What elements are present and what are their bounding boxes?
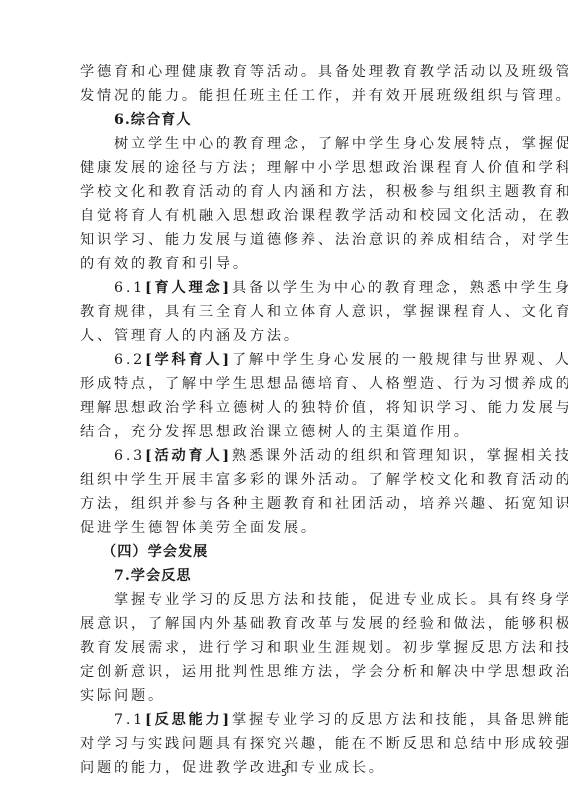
item-6-2-first-line: 6.2[学科育人]了解中学生身心发展的一般规律与世界观、人生观和价值观 xyxy=(114,348,568,372)
paragraph-line: 学校文化和教育活动的育人内涵和方法，积极参与组织主题教育和社团活动， xyxy=(80,180,568,204)
paragraph-line: 理解思想政治学科立德树人的独特价值，将知识学习、能力发展与品德养成相 xyxy=(80,396,568,420)
item-number: 6.1 xyxy=(114,280,145,296)
item-tag: [育人理念] xyxy=(145,280,232,296)
paragraph-line: 促进学生德智体美劳全面发展。 xyxy=(80,516,318,540)
item-6-3-first-line: 6.3[活动育人]熟悉课外活动的组织和管理知识，掌握相关技能与方法，能 xyxy=(114,444,568,468)
paragraph-line: 展意识，了解国内外基础教育改革与发展的经验和做法，能够积极适应时代和 xyxy=(80,612,568,636)
item-text: 具备以学生为中心的教育理念，熟悉中学生身心发展及养成 xyxy=(232,280,568,296)
item-text: 熟悉课外活动的组织和管理知识，掌握相关技能与方法，能 xyxy=(232,448,568,464)
section-heading-6: 6.综合育人 xyxy=(114,108,192,132)
item-6-1-first-line: 6.1[育人理念]具备以学生为中心的教育理念，熟悉中学生身心发展及养成 xyxy=(114,276,568,300)
item-7-1-first-line: 7.1[反思能力]掌握专业学习的反思方法和技能，具备思辨能力和创新意识， xyxy=(114,708,568,732)
paragraph-line: 教育规律，具有三全育人和立体育人意识，掌握课程育人、文化育人、劳动育 xyxy=(80,300,568,324)
paragraph-line: 形成特点，了解中学生思想品德培育、人格塑造、行为习惯养成的过程与方法。 xyxy=(80,372,568,396)
item-text: 掌握专业学习的反思方法和技能，具备思辨能力和创新意识， xyxy=(232,712,568,728)
item-number: 7.1 xyxy=(114,712,145,728)
paragraph-line: 自觉将育人有机融入思想政治课程教学活动和校园文化活动，在教育实践中将 xyxy=(80,204,568,228)
section-heading-7: 7.学会反思 xyxy=(114,564,192,588)
paragraph-line: 人、管理育人的内涵及方法。 xyxy=(80,324,301,348)
item-number: 6.2 xyxy=(114,352,145,368)
section-heading-4: （四）学会发展 xyxy=(102,540,208,564)
paragraph-line: 方法，组织并参与各种主题教育和社团活动，培养兴趣、拓宽知识、陶冶情操、 xyxy=(80,492,568,516)
paragraph-line: 教育发展需求，进行学习和职业生涯规划。初步掌握反思方法和技能，具有一 xyxy=(80,636,568,660)
page-number: 5 xyxy=(0,768,568,779)
paragraph-line: 掌握专业学习的反思方法和技能，促进专业成长。具有终身学习与专业发 xyxy=(114,588,568,612)
paragraph-line: 对学习与实践问题具有探究兴趣，能在不断反思和总结中形成较强的解决教育 xyxy=(80,732,568,756)
item-tag: [学科育人] xyxy=(145,352,232,368)
paragraph-line: 学德育和心理健康教育等活动。具备处理教育教学活动以及班级管理中各种突 xyxy=(80,60,568,84)
paragraph-line: 发情况的能力。能担任班主任工作，并有效开展班级组织与管理。 xyxy=(80,84,568,108)
item-tag: [活动育人] xyxy=(145,448,232,464)
paragraph-line: 定创新意识，运用批判性思维方法，学会分析和解决中学思想政治教育教学等 xyxy=(80,660,568,684)
paragraph-line: 健康发展的途径与方法；理解中小学思想政治课程育人价值和学科优势，了解 xyxy=(80,156,568,180)
item-text: 了解中学生身心发展的一般规律与世界观、人生观和价值观 xyxy=(232,352,568,368)
paragraph-line: 结合，充分发挥思想政治课立德树人的主渠道作用。 xyxy=(80,420,471,444)
paragraph-line: 的有效的教育和引导。 xyxy=(80,252,250,276)
item-number: 6.3 xyxy=(114,448,145,464)
paragraph-line: 实际问题。 xyxy=(80,684,165,708)
item-tag: [反思能力] xyxy=(145,712,232,728)
paragraph-line: 树立学生中心的教育理念，了解中学生身心发展特点，掌握促进学生身心 xyxy=(114,132,568,156)
paragraph-line: 知识学习、能力发展与道德修养、法治意识的养成相结合，对学生进行全方位 xyxy=(80,228,568,252)
paragraph-line: 组织中学生开展丰富多彩的课外活动。了解学校文化和教育活动的育人内涵和 xyxy=(80,468,568,492)
